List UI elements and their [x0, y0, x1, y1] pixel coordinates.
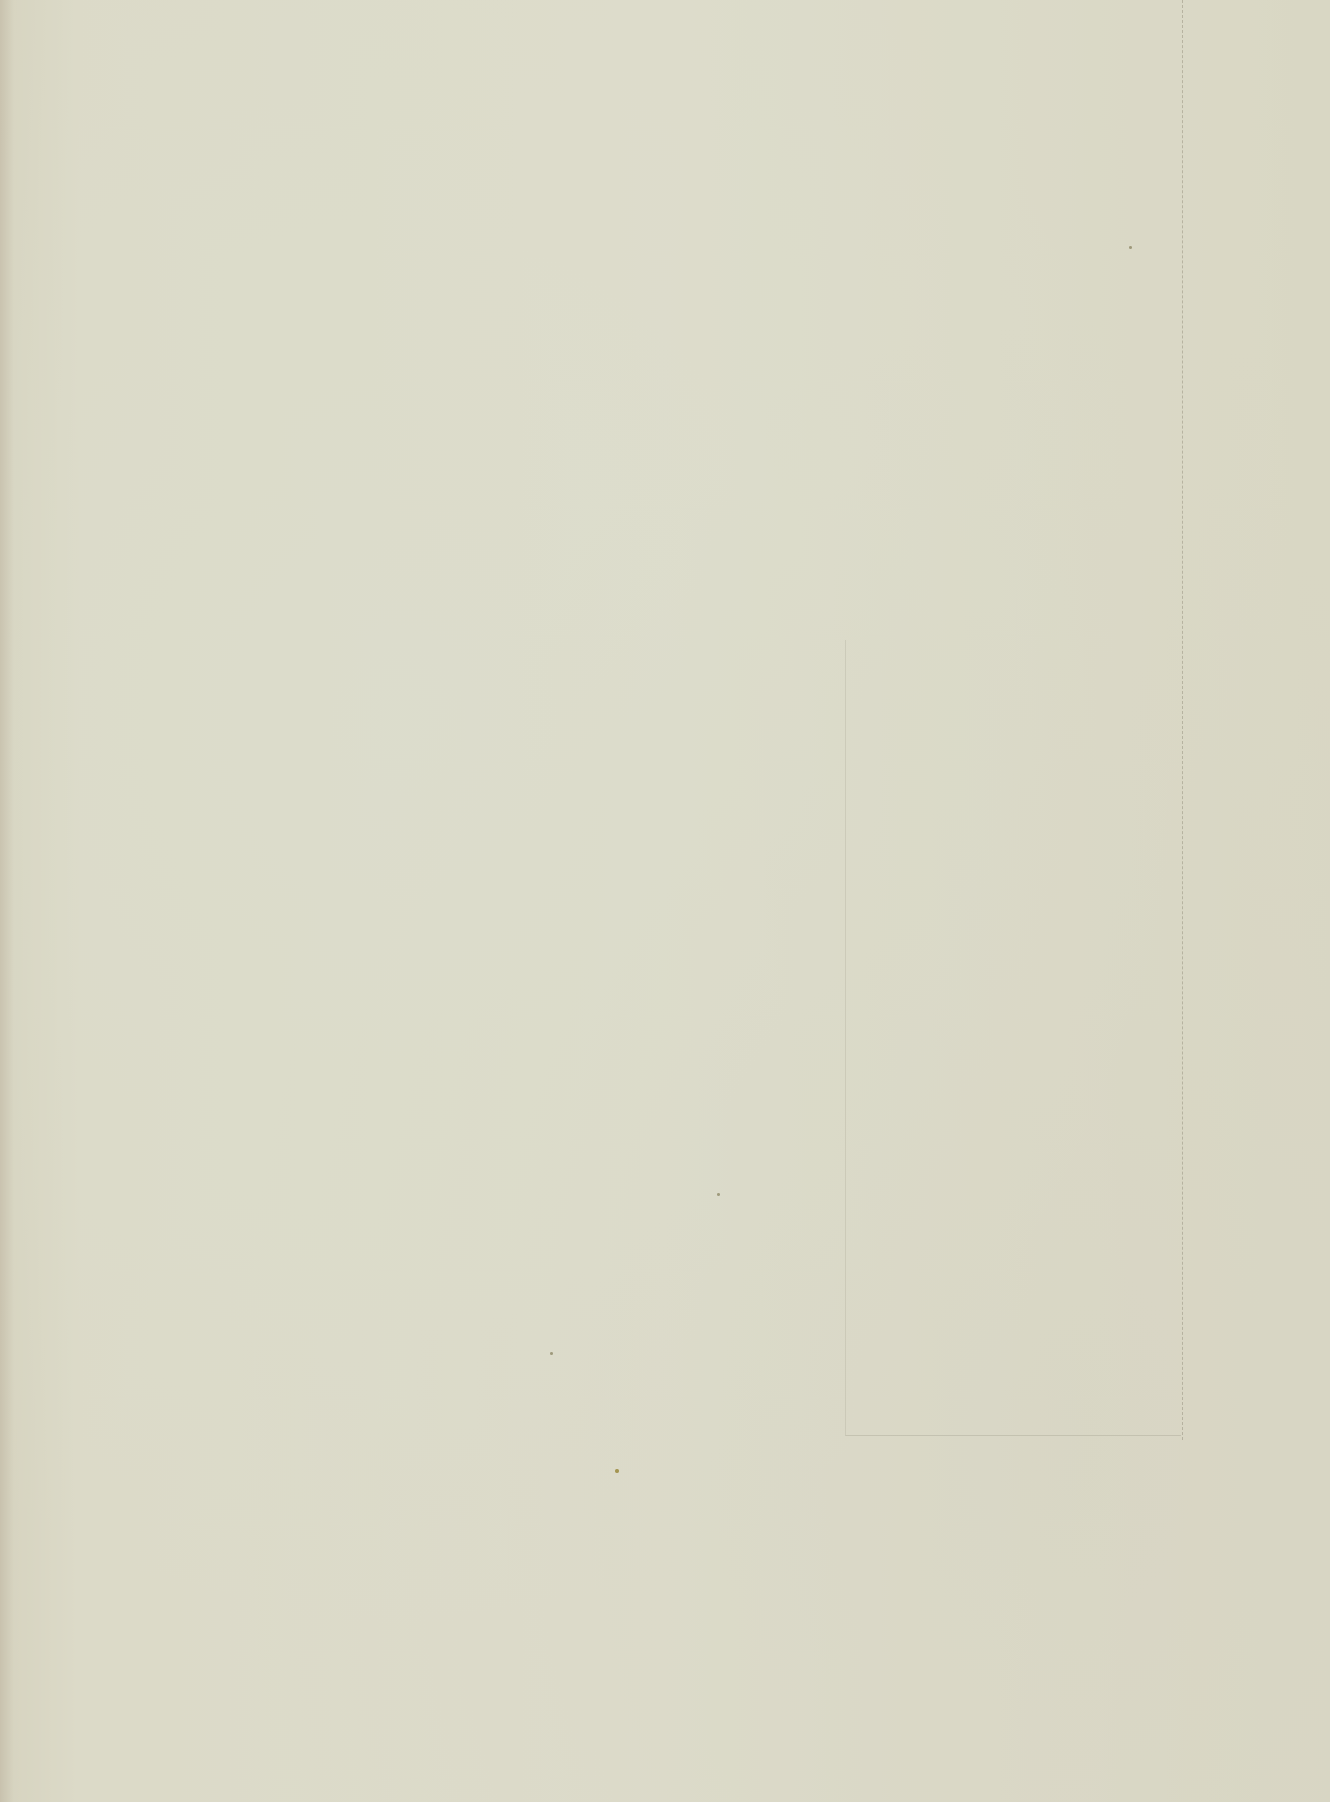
paper-speck [717, 1193, 720, 1196]
bleed-through-frame [845, 640, 1181, 1436]
paper-speck [615, 1469, 619, 1473]
paper-speck [1129, 246, 1132, 249]
scanned-page [0, 0, 1330, 1802]
fold-line [1182, 0, 1183, 1440]
page-edge-shadow [0, 0, 14, 1802]
paper-speck [550, 1352, 553, 1355]
